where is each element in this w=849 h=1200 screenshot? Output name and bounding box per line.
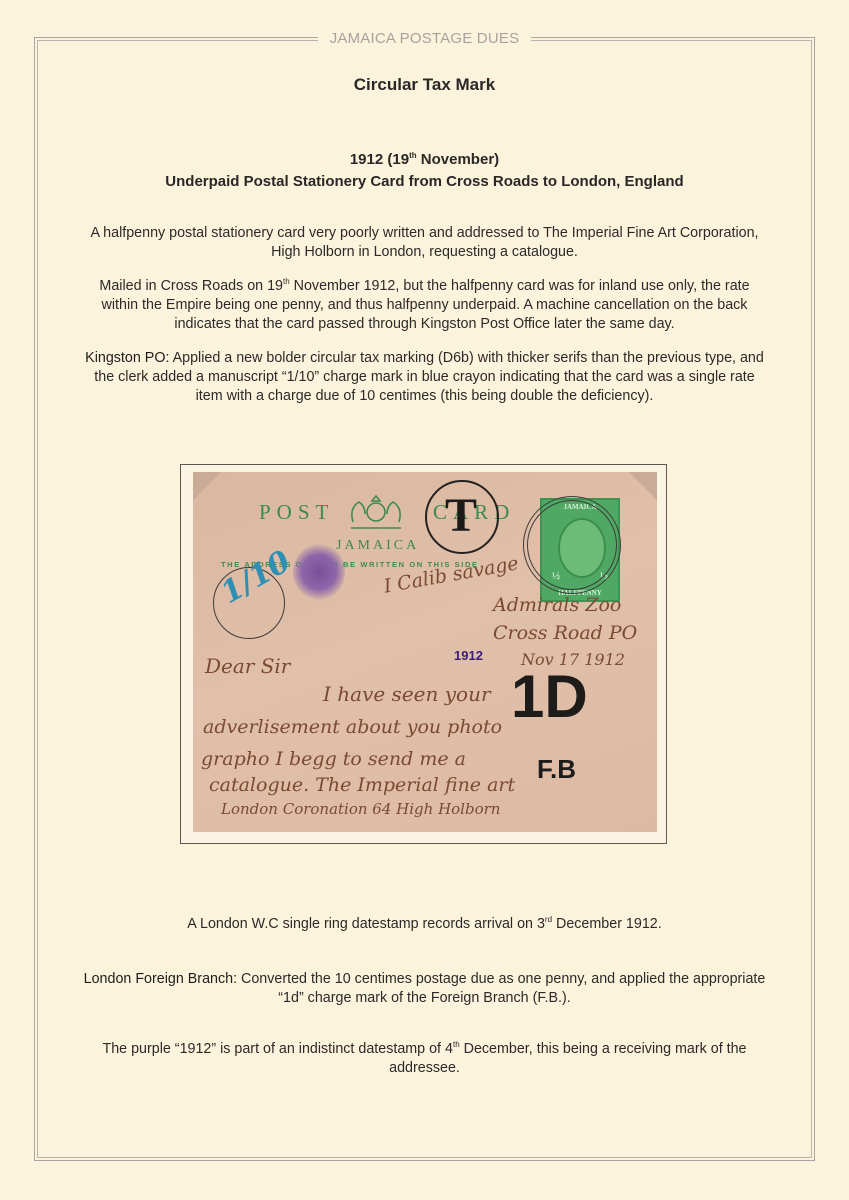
cross-roads-datestamp-inner — [527, 500, 617, 590]
handwriting-line: Cross Road PO — [493, 622, 637, 644]
page-title: Circular Tax Mark — [0, 75, 849, 95]
royal-arms-icon — [345, 492, 407, 534]
circular-tax-mark: T — [425, 480, 499, 554]
item-date: 1912 (19th November) — [0, 149, 849, 171]
item-heading: 1912 (19th November) Underpaid Postal St… — [0, 149, 849, 193]
mount-corner — [629, 472, 657, 500]
item-title: Underpaid Postal Stationery Card from Cr… — [0, 171, 849, 193]
foreign-branch-label-text: London Foreign Branch: — [84, 971, 237, 987]
kingston-paragraph: Kingston PO: Applied a new bolder circul… — [80, 349, 769, 406]
postcard-country: JAMAICA — [336, 538, 419, 554]
mount-corner — [193, 472, 221, 500]
description-paragraph: A halfpenny postal stationery card very … — [80, 224, 769, 262]
purple-receiving-date: 1912 — [454, 648, 483, 663]
purple-smudge — [293, 544, 345, 600]
handwriting-line: I have seen your — [323, 682, 491, 706]
section-title: JAMAICA POSTAGE DUES — [318, 30, 532, 47]
london-arrival-paragraph: A London W.C single ring datestamp recor… — [80, 915, 769, 934]
mailing-paragraph: Mailed in Cross Roads on 19th November 1… — [80, 277, 769, 334]
postcard-post-label: POST — [259, 500, 334, 525]
handwriting-line: adverlisement about you photo — [203, 716, 502, 738]
purple-date-paragraph: The purple “1912” is part of an indistin… — [80, 1040, 769, 1078]
handwriting-line: Admirals Zoo — [493, 594, 621, 616]
foreign-branch-paragraph: London Foreign Branch: Converted the 10 … — [80, 970, 769, 1008]
postcard-image: POST CARD JAMAICA THE ADDRESS ONLY TO BE… — [193, 472, 657, 832]
handwriting-line: London Coronation 64 High Holborn — [221, 800, 500, 818]
kingston-label: Kingston PO: — [85, 350, 169, 366]
foreign-branch-label: F.B — [537, 754, 576, 785]
foreign-branch-charge: 1D — [511, 662, 588, 731]
section-header: JAMAICA POSTAGE DUES — [0, 30, 849, 48]
handwriting-line: catalogue. The Imperial fine art — [209, 774, 515, 796]
handwriting-line: grapho I begg to send me a — [201, 748, 466, 770]
handwriting-line: Dear Sir — [205, 654, 290, 678]
